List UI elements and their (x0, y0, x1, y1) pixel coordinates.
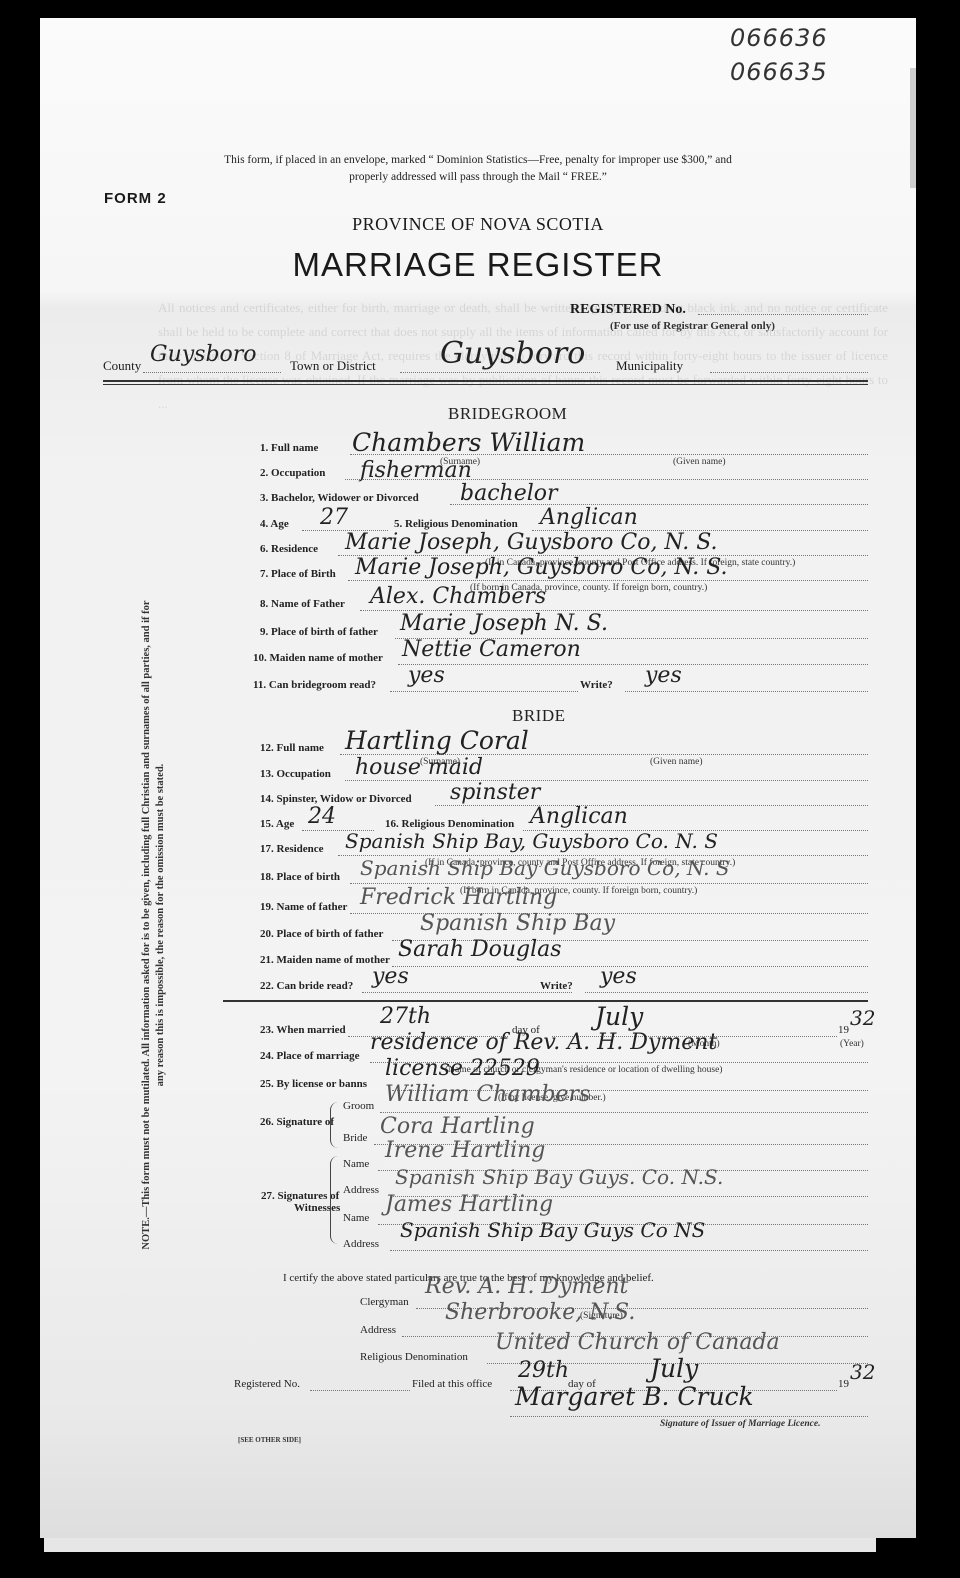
county-field-line (143, 372, 281, 373)
groom-religion[interactable]: Anglican (540, 505, 638, 530)
witness-2-address[interactable]: Spanish Ship Bay Guys Co NS (400, 1218, 705, 1242)
year-hint: (Year) (840, 1039, 864, 1049)
groom-birthplace[interactable]: Marie Joseph, Guysboro Co, N. S. (355, 555, 728, 580)
divider-double-bottom (103, 384, 868, 385)
groom-field-9-label: 9. Place of birth of father (260, 626, 378, 638)
postal-notice-line-1: This form, if placed in an envelope, mar… (40, 152, 916, 169)
witness-1-name[interactable]: Irene Hartling (385, 1138, 545, 1163)
bride-mother-maiden-name[interactable]: Sarah Douglas (398, 937, 562, 962)
groom-field-3-label: 3. Bachelor, Widower or Divorced (260, 492, 419, 504)
groom-can-write[interactable]: yes (645, 663, 682, 688)
license-number[interactable]: license 22529 (385, 1056, 540, 1081)
groom-field-2-label: 2. Occupation (260, 467, 325, 479)
bride-field-22-label: 22. Can bride read? (260, 980, 353, 992)
signature-brace (330, 1102, 338, 1148)
witnesses-brace (330, 1156, 338, 1244)
groom-father-birthplace[interactable]: Marie Joseph N. S. (400, 611, 608, 636)
bride-field-21-label: 21. Maiden name of mother (260, 954, 390, 966)
bride-signature-label: Bride (343, 1132, 367, 1144)
place-of-marriage-label: 24. Place of marriage (260, 1050, 360, 1062)
bride-field-13-label: 13. Occupation (260, 768, 331, 780)
form-number: FORM 2 (104, 190, 167, 207)
groom-residence[interactable]: Marie Joseph, Guysboro Co, N. S. (345, 530, 718, 555)
bride-birthplace[interactable]: Spanish Ship Bay Guysboro Co, N. S (360, 856, 730, 880)
bride-heading: BRIDE (512, 706, 566, 726)
bride-marital-status-line (435, 805, 868, 806)
bridegroom-heading: BRIDEGROOM (448, 404, 567, 424)
issuer-signature-line (510, 1416, 868, 1417)
groom-occupation[interactable]: fisherman (360, 458, 472, 483)
groom-field-5-label: 5. Religious Denomination (394, 518, 518, 530)
groom-field-8-label: 8. Name of Father (260, 598, 345, 610)
bride-marital-status[interactable]: spinster (450, 780, 540, 805)
bride-write-line (585, 992, 868, 993)
groom-write-label: Write? (580, 679, 613, 691)
witness-2-address-line (390, 1250, 868, 1251)
filing-registered-label: Registered No. (234, 1378, 300, 1390)
marriage-month[interactable]: July (595, 1002, 643, 1031)
bride-father-name[interactable]: Fredrick Hartling (360, 885, 557, 910)
bride-write-label: Write? (540, 980, 573, 992)
registered-number-field[interactable] (698, 314, 868, 315)
groom-given-name-hint: (Given name) (673, 457, 726, 467)
filed-label: Filed at this office (412, 1378, 492, 1390)
bride-field-12-label: 12. Full name (260, 742, 324, 754)
bride-full-name[interactable]: Hartling Coral (345, 726, 529, 755)
side-note: NOTE.—This form must not be mutilated. A… (140, 600, 168, 1250)
groom-read-line (390, 691, 578, 692)
province-heading: PROVINCE OF NOVA SCOTIA (40, 214, 916, 235)
see-other-side: [SEE OTHER SIDE] (238, 1436, 301, 1444)
clergyman-signature[interactable]: Rev. A. H. Dyment (425, 1274, 628, 1299)
witness-1-name-label: Name (343, 1158, 369, 1170)
issuer-signature-hint: Signature of Issuer of Marriage Licence. (660, 1419, 820, 1429)
filed-year[interactable]: 32 (850, 1360, 875, 1384)
groom-mother-maiden-name[interactable]: Nettie Cameron (402, 637, 581, 662)
place-of-marriage[interactable]: residence of Rev. A. H. Dyment (370, 1030, 717, 1055)
clergyman-address[interactable]: Sherbrooke, N.S. (445, 1300, 635, 1325)
groom-signature-label: Groom (343, 1100, 374, 1112)
bride-religion[interactable]: Anglican (530, 804, 628, 829)
postal-notice: This form, if placed in an envelope, mar… (40, 152, 916, 186)
archive-number-2: 066635 (730, 58, 828, 86)
registered-number-note: (For use of Registrar General only) (610, 320, 775, 332)
bride-father-birthplace[interactable]: Spanish Ship Bay (420, 911, 615, 936)
filed-month[interactable]: July (650, 1354, 698, 1383)
year-prefix: 19 (838, 1024, 849, 1036)
bride-occupation-line (345, 780, 868, 781)
groom-field-10-label: 10. Maiden name of mother (253, 652, 383, 664)
clergyman-label: Clergyman (360, 1296, 409, 1308)
witness-2-address-label: Address (343, 1238, 379, 1250)
groom-field-7-label: 7. Place of Birth (260, 568, 336, 580)
bride-field-18-label: 18. Place of birth (260, 871, 340, 883)
groom-field-6-label: 6. Residence (260, 543, 318, 555)
section-divider (223, 1000, 868, 1002)
registered-number-label: REGISTERED No. (570, 302, 686, 318)
bride-can-write[interactable]: yes (600, 964, 637, 989)
bride-occupation[interactable]: house maid (355, 755, 483, 780)
groom-marital-status[interactable]: bachelor (460, 481, 558, 506)
issuer-signature[interactable]: Margaret B. Cruck (515, 1382, 754, 1411)
groom-age[interactable]: 27 (320, 505, 348, 530)
when-married-label: 23. When married (260, 1024, 346, 1036)
page-title: MARRIAGE REGISTER (40, 246, 916, 284)
bride-given-name-hint: (Given name) (650, 757, 703, 767)
license-label: 25. By license or banns (260, 1078, 367, 1090)
town-field-line (400, 372, 600, 373)
groom-field-11-label: 11. Can bridegroom read? (253, 679, 376, 691)
groom-birthplace-line (348, 580, 868, 581)
clergyman-denomination-label: Religious Denomination (360, 1351, 468, 1363)
postal-notice-line-2: properly addressed will pass through the… (40, 169, 916, 186)
bride-field-15-label: 15. Age (260, 818, 294, 830)
town-value[interactable]: Guysboro (440, 336, 585, 371)
filing-registered-field[interactable] (310, 1390, 410, 1391)
bride-age[interactable]: 24 (308, 804, 336, 829)
groom-field-1-label: 1. Full name (260, 442, 318, 454)
bride-field-17-label: 17. Residence (260, 843, 324, 855)
bride-birthplace-line (350, 883, 868, 884)
bride-field-20-label: 20. Place of birth of father (260, 928, 383, 940)
bride-can-read[interactable]: yes (372, 964, 409, 989)
bride-field-19-label: 19. Name of father (260, 901, 347, 913)
municipality-field[interactable] (710, 372, 868, 373)
divider-double-top (103, 380, 868, 382)
groom-father-name[interactable]: Alex. Chambers (370, 584, 546, 609)
bride-residence[interactable]: Spanish Ship Bay, Guysboro Co. N. S (345, 829, 718, 853)
town-label: Town or District (290, 358, 376, 374)
county-label: County (103, 358, 141, 374)
witness-2-name-label: Name (343, 1212, 369, 1224)
groom-field-4-label: 4. Age (260, 518, 289, 530)
witness-2-name[interactable]: James Hartling (385, 1192, 553, 1217)
county-value[interactable]: Guysboro (150, 342, 257, 367)
groom-signature-line (380, 1112, 868, 1113)
groom-write-line (625, 691, 868, 692)
witness-1-address-label: Address (343, 1184, 379, 1196)
filed-day[interactable]: 29th (518, 1358, 569, 1383)
municipality-label: Municipality (616, 358, 683, 374)
bride-read-line (362, 992, 572, 993)
archive-number-1: 066636 (730, 24, 828, 52)
groom-can-read[interactable]: yes (408, 663, 445, 688)
signature-of-label: 26. Signature of (260, 1116, 334, 1128)
groom-signature[interactable]: William Chambers (385, 1082, 590, 1107)
bride-signature[interactable]: Cora Hartling (380, 1114, 535, 1139)
marriage-day[interactable]: 27th (380, 1004, 431, 1029)
groom-full-name[interactable]: Chambers William (352, 428, 585, 457)
groom-mother-line (398, 664, 868, 665)
filed-year-prefix: 19 (838, 1378, 849, 1390)
clergyman-denomination[interactable]: United Church of Canada (495, 1330, 780, 1355)
marriage-year[interactable]: 32 (850, 1006, 875, 1030)
marriage-register-form: 066636 066635 This form, if placed in an… (40, 18, 916, 1538)
witness-1-address[interactable]: Spanish Ship Bay Guys. Co. N.S. (395, 1165, 723, 1189)
witnesses-label: 27. Signatures of Witnesses (260, 1190, 340, 1214)
clergyman-address-label: Address (360, 1324, 396, 1336)
